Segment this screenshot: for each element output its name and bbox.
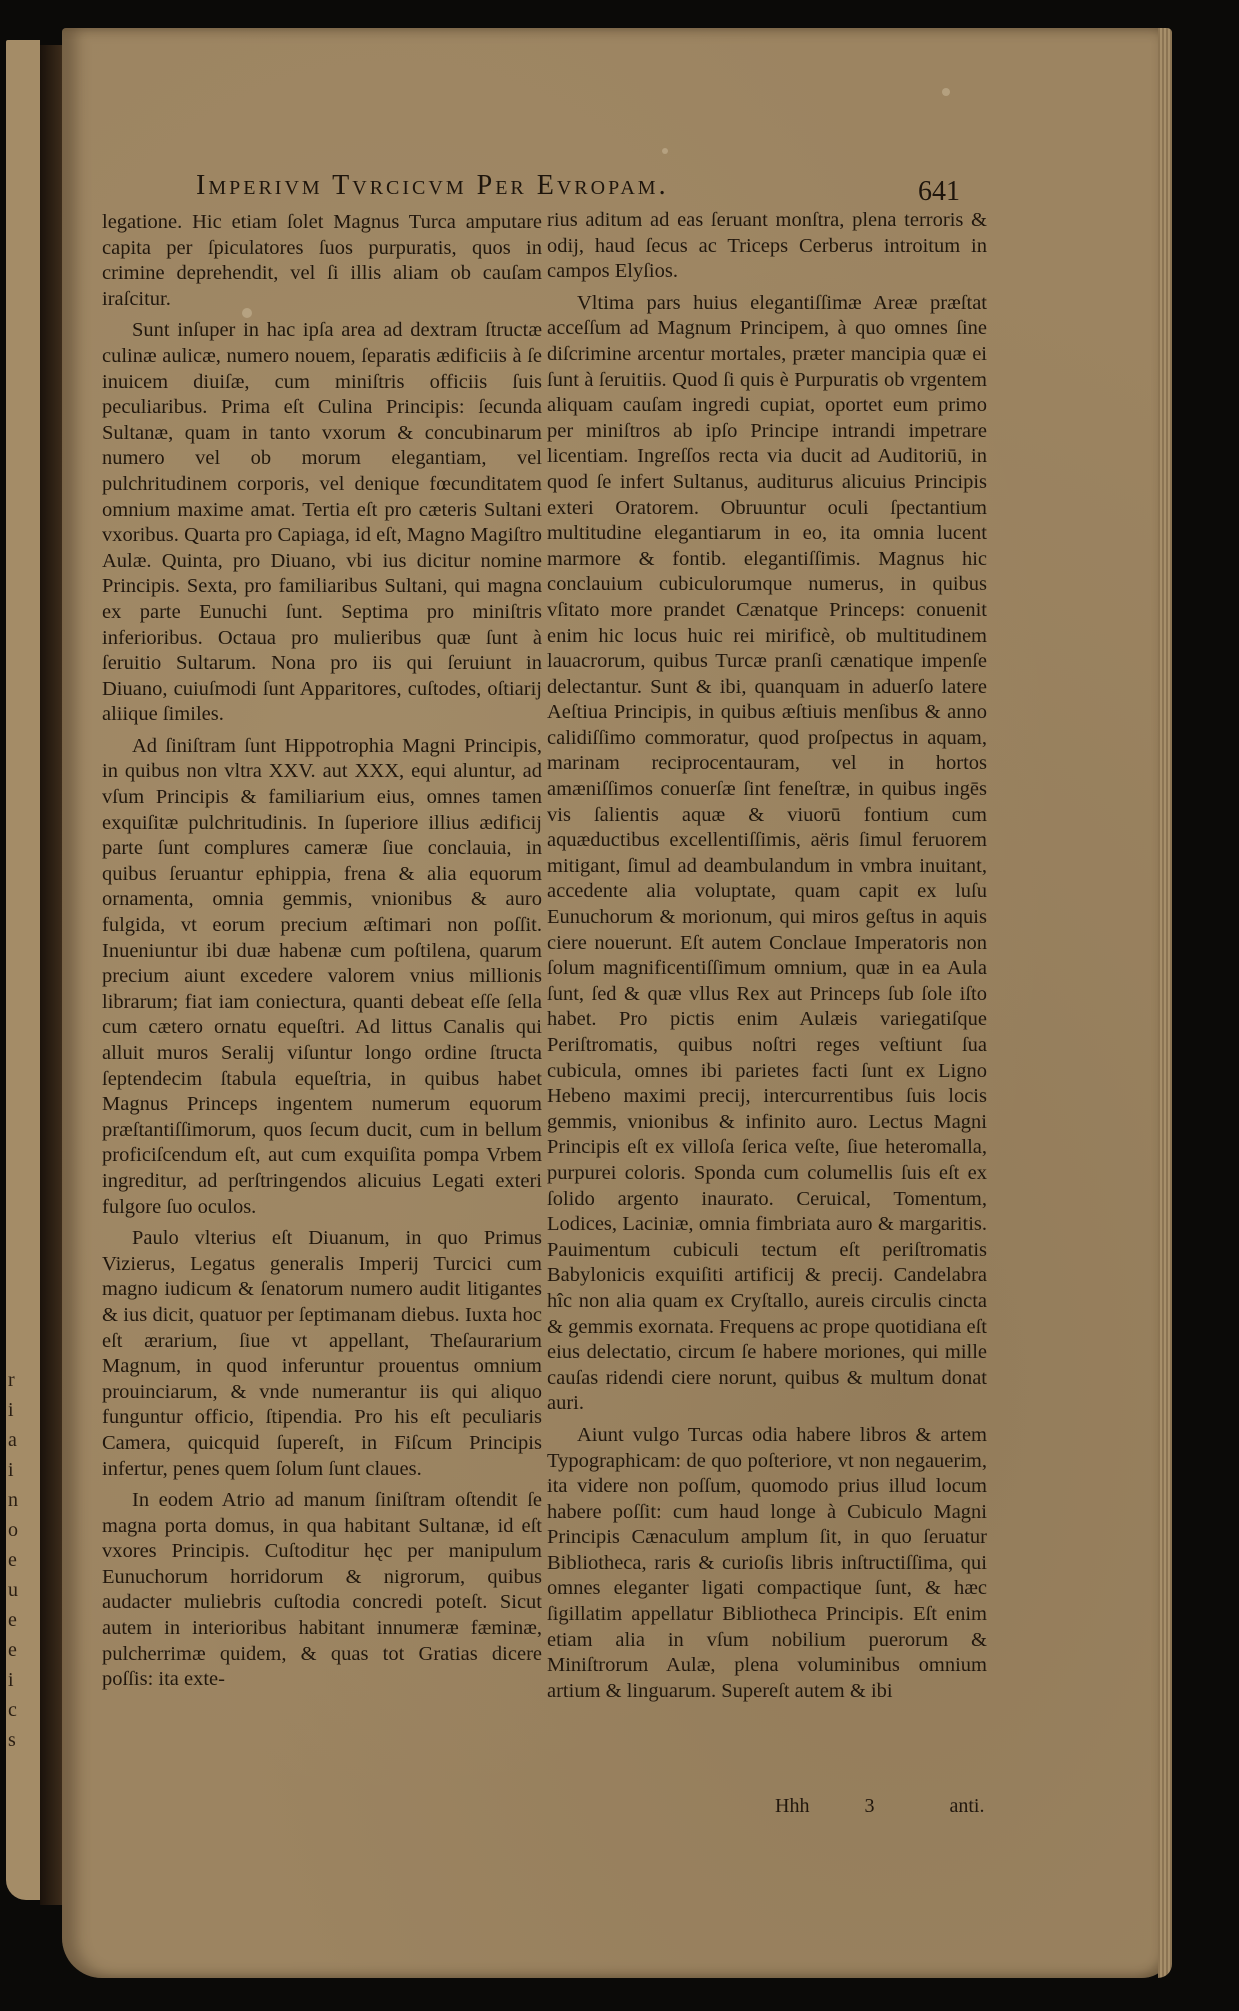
fragment-letter: e (8, 1640, 17, 1660)
paragraph: Ad ſiniſtram ſunt Hippotrophia Magni Pri… (102, 734, 542, 1220)
fragment-letter: u (8, 1580, 18, 1600)
running-title: Imperivm Tvrcicvm Per Evropam. (196, 170, 996, 202)
adjacent-page-edge: riainoeueeics (6, 40, 40, 1900)
fragment-letter: s (8, 1730, 16, 1750)
paper-spot (662, 148, 668, 154)
paragraph: rius aditum ad eas ſeruant monſtra, plen… (547, 208, 987, 285)
left-text-column: legatione. Hic etiam ſolet Magnus Turca … (102, 210, 542, 1699)
paragraph: Vltima pars huius elegantiſſimæ Areæ præ… (547, 291, 987, 1417)
fragment-letter: e (8, 1610, 17, 1630)
page-number: 641 (918, 176, 960, 208)
paragraph: Aiunt vulgo Turcas odia habere libros & … (547, 1423, 987, 1705)
fragment-letter: r (8, 1370, 15, 1390)
paragraph: Paulo vlterius eſt Diuanum, in quo Primu… (102, 1226, 542, 1482)
fragment-letter: i (8, 1400, 14, 1420)
right-text-column: rius aditum ad eas ſeruant monſtra, plen… (547, 208, 987, 1710)
signature-number: 3 (864, 1795, 874, 1818)
fragment-letter: i (8, 1460, 14, 1480)
paper-spot (942, 88, 950, 96)
signature-mark: Hhh (775, 1795, 809, 1818)
fragment-letter: c (8, 1700, 17, 1720)
fragment-letter: o (8, 1520, 18, 1540)
fragment-letter: i (8, 1670, 14, 1690)
paragraph: legatione. Hic etiam ſolet Magnus Turca … (102, 210, 542, 312)
catchword: anti. (949, 1795, 984, 1818)
fragment-letter: e (8, 1550, 17, 1570)
page-edge-stack (1158, 28, 1172, 1978)
paragraph: Sunt inſuper in hac ipſa area ad dextram… (102, 318, 542, 728)
fragment-letter: n (8, 1490, 18, 1510)
page-footer: Hhh 3 anti. (775, 1795, 1239, 1818)
paragraph: In eodem Atrio ad manum ſiniſtram oſtend… (102, 1488, 542, 1693)
fragment-letter: a (8, 1430, 17, 1450)
